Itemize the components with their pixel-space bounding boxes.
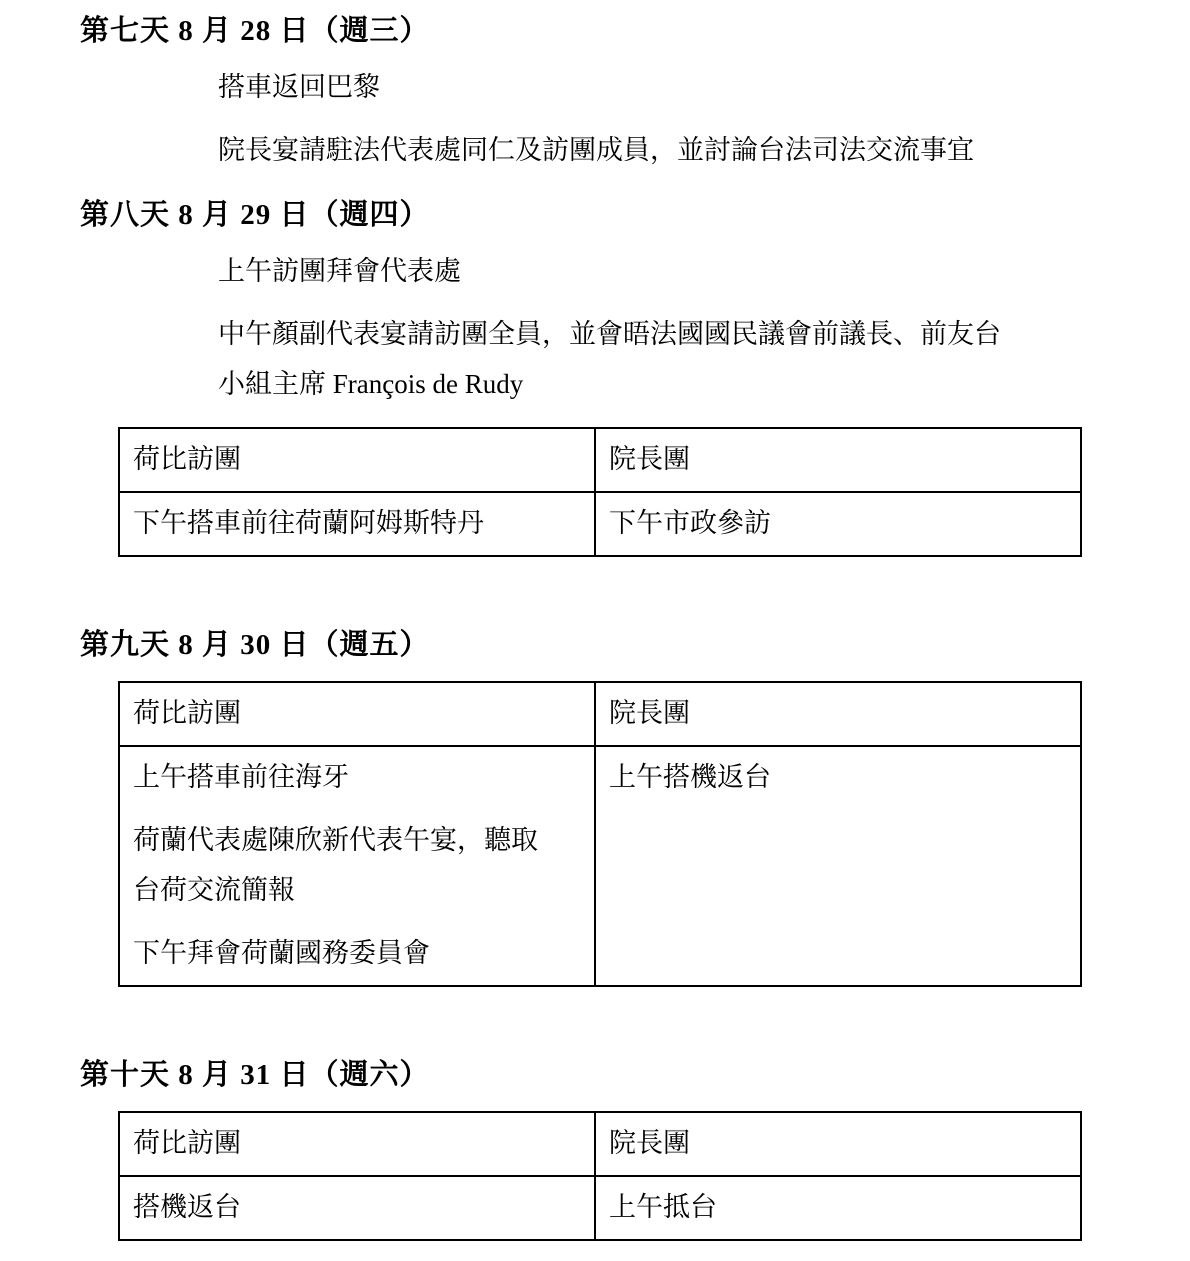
group-activity-cell-right: 上午搭機返台 [595,746,1081,986]
table-header-row: 荷比訪團 院長團 [119,428,1081,492]
itinerary-paragraph: 上午訪團拜會代表處 [218,246,1120,296]
paragraph-line: 搭機返台 [133,1182,584,1232]
cell-paragraph: 下午市政參訪 [609,498,1070,548]
day-heading-day10: 第十天 8 月 31 日（週六） [80,1057,1120,1093]
itinerary-table-day9: 荷比訪團 院長團 上午搭車前往海牙 荷蘭代表處陳欣新代表午宴，聽取 台荷交流簡報… [118,681,1082,987]
table-body-row: 搭機返台 上午抵台 [119,1176,1081,1240]
paragraph-line: 上午抵台 [609,1182,1070,1232]
cell-paragraph: 搭機返台 [133,1182,584,1232]
paragraph-line: 上午搭車前往海牙 [133,752,584,802]
itinerary-paragraph: 中午顏副代表宴請訪團全員，並會晤法國國民議會前議長、前友台 小組主席 Franç… [218,309,1120,409]
table-body-row: 下午搭車前往荷蘭阿姆斯特丹 下午市政參訪 [119,492,1081,556]
cell-paragraph: 上午搭機返台 [609,752,1070,802]
paragraph-line: 上午搭機返台 [609,752,1070,802]
paragraph-line: 院長宴請駐法代表處同仁及訪團成員，並討論台法司法交流事宜 [218,125,1120,175]
cell-paragraph: 下午搭車前往荷蘭阿姆斯特丹 [133,498,584,548]
paragraph-line: 下午搭車前往荷蘭阿姆斯特丹 [133,498,584,548]
group-header-cell-right: 院長團 [595,428,1081,492]
itinerary-document: 第七天 8 月 28 日（週三） 搭車返回巴黎 院長宴請駐法代表處同仁及訪團成員… [0,0,1190,1261]
group-header-cell-right: 院長團 [595,1112,1081,1176]
paragraph-line: 下午拜會荷蘭國務委員會 [133,928,584,978]
itinerary-paragraph: 院長宴請駐法代表處同仁及訪團成員，並討論台法司法交流事宜 [218,125,1120,175]
paragraph-line: 台荷交流簡報 [133,865,584,915]
table-body-row: 上午搭車前往海牙 荷蘭代表處陳欣新代表午宴，聽取 台荷交流簡報 下午拜會荷蘭國務… [119,746,1081,986]
paragraph-line: 小組主席 François de Rudy [218,359,1120,409]
day-heading-day7: 第七天 8 月 28 日（週三） [80,13,1120,49]
group-activity-cell-right: 下午市政參訪 [595,492,1081,556]
paragraph-line: 中午顏副代表宴請訪團全員，並會晤法國國民議會前議長、前友台 [218,309,1120,359]
itinerary-table-day8: 荷比訪團 院長團 下午搭車前往荷蘭阿姆斯特丹 下午市政參訪 [118,427,1082,557]
group-activity-cell-right: 上午抵台 [595,1176,1081,1240]
group-header-cell-left: 荷比訪團 [119,682,595,746]
group-activity-cell-left: 搭機返台 [119,1176,595,1240]
cell-paragraph: 下午拜會荷蘭國務委員會 [133,928,584,978]
itinerary-table-day10: 荷比訪團 院長團 搭機返台 上午抵台 [118,1111,1082,1241]
paragraph-line: 荷蘭代表處陳欣新代表午宴，聽取 [133,815,584,865]
table-header-row: 荷比訪團 院長團 [119,1112,1081,1176]
group-activity-cell-left: 下午搭車前往荷蘭阿姆斯特丹 [119,492,595,556]
cell-paragraph: 荷蘭代表處陳欣新代表午宴，聽取 台荷交流簡報 [133,815,584,915]
cell-paragraph: 上午搭車前往海牙 [133,752,584,802]
table-header-row: 荷比訪團 院長團 [119,682,1081,746]
group-header-cell-left: 荷比訪團 [119,1112,595,1176]
paragraph-line: 上午訪團拜會代表處 [218,246,1120,296]
day-heading-day9: 第九天 8 月 30 日（週五） [80,627,1120,663]
group-activity-cell-left: 上午搭車前往海牙 荷蘭代表處陳欣新代表午宴，聽取 台荷交流簡報 下午拜會荷蘭國務… [119,746,595,986]
group-header-cell-left: 荷比訪團 [119,428,595,492]
paragraph-line: 下午市政參訪 [609,498,1070,548]
cell-paragraph: 上午抵台 [609,1182,1070,1232]
day-heading-day8: 第八天 8 月 29 日（週四） [80,197,1120,233]
paragraph-line: 搭車返回巴黎 [218,62,1120,112]
group-header-cell-right: 院長團 [595,682,1081,746]
itinerary-paragraph: 搭車返回巴黎 [218,62,1120,112]
